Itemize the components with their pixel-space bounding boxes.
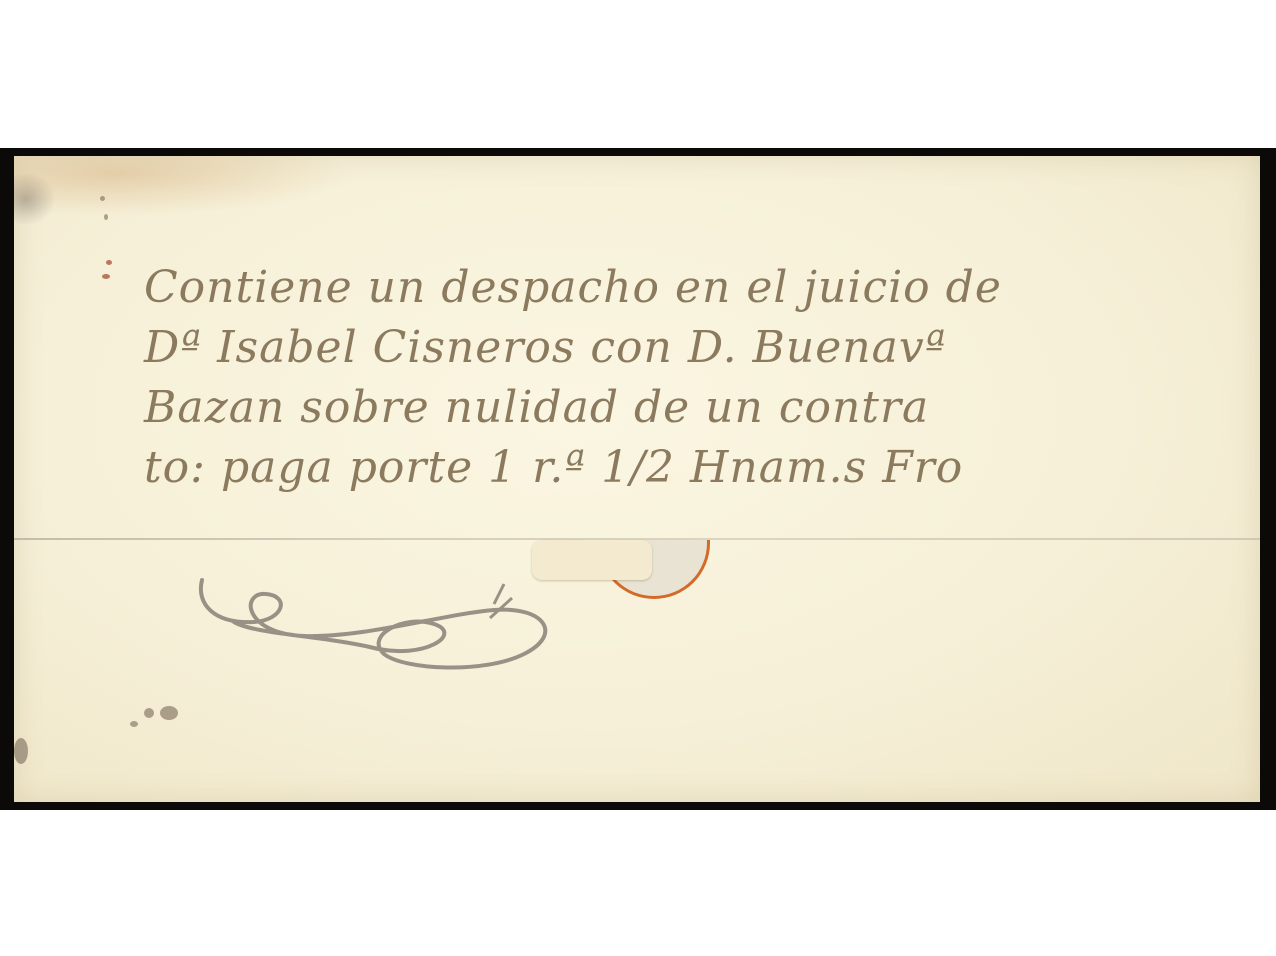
scan-background: Contiene un despacho en el juicio de Dª …: [0, 148, 1276, 810]
ink-spot: [160, 706, 178, 720]
manuscript-line-2: Dª Isabel Cisneros con D. Buenavª: [144, 318, 1244, 378]
letter-paper: Contiene un despacho en el juicio de Dª …: [14, 156, 1260, 802]
manuscript-line-3: Bazan sobre nulidad de un contra: [144, 378, 1244, 438]
ink-spot: [130, 721, 138, 727]
ink-spot: [100, 196, 105, 201]
manuscript-text: Contiene un despacho en el juicio de Dª …: [144, 258, 1244, 498]
ink-spot: [144, 708, 154, 718]
foxing-stain: [14, 156, 354, 216]
ink-spot: [106, 260, 112, 265]
ink-spot: [102, 274, 110, 279]
corner-stain: [14, 174, 54, 224]
manuscript-line-1: Contiene un despacho en el juicio de: [144, 258, 1244, 318]
rubric-flourish-icon: [194, 574, 614, 684]
manuscript-line-4: to: paga porte 1 r.ª 1/2 Hnam.s Fro: [144, 438, 1244, 498]
ink-spot: [104, 214, 108, 220]
edge-stain: [14, 738, 28, 764]
